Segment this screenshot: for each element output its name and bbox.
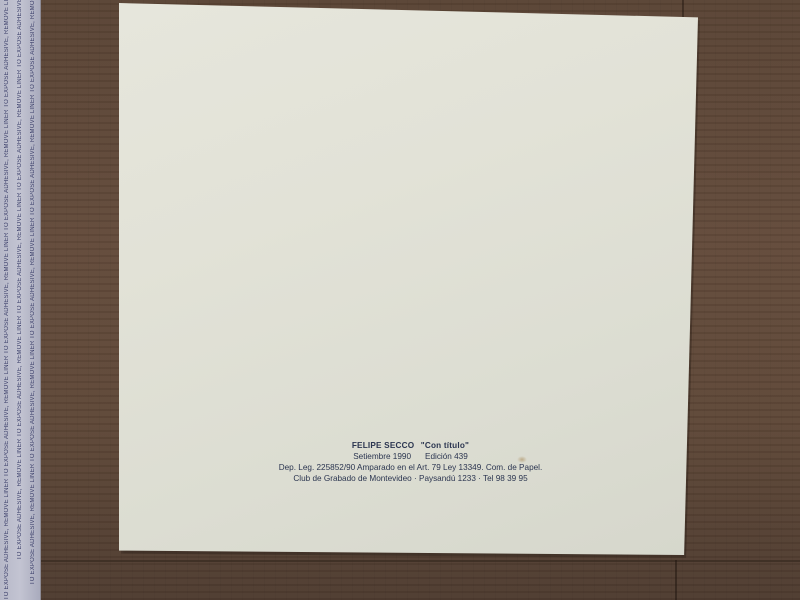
liner-text: TO EXPOSE ADHESIVE, REMOVE LINER TO EXPO… — [15, 0, 25, 560]
colophon-date-line: Setiembre 1990Edición 439 — [268, 451, 553, 462]
edition-number: Edición 439 — [425, 452, 468, 461]
cardboard-seam — [0, 560, 800, 562]
adhesive-liner-strip: TO EXPOSE ADHESIVE, REMOVE LINER TO EXPO… — [0, 0, 41, 600]
cardboard-crease — [675, 560, 677, 600]
liner-text: TO EXPOSE ADHESIVE, REMOVE LINER TO EXPO… — [28, 0, 38, 585]
cardboard-crease-top — [682, 0, 684, 18]
colophon: FELIPE SECCO "Con título" Setiembre 1990… — [268, 440, 553, 484]
legal-deposit: Dep. Leg. 225852/90 Amparado en el Art. … — [268, 462, 553, 473]
publisher-info: Club de Grabado de Montevideo · Paysandú… — [268, 473, 553, 484]
work-title: "Con título" — [421, 441, 469, 450]
print-date: Setiembre 1990 — [353, 452, 411, 461]
artist-name: FELIPE SECCO — [352, 441, 414, 450]
liner-text: TO EXPOSE ADHESIVE, REMOVE LINER TO EXPO… — [2, 0, 12, 600]
colophon-title-line: FELIPE SECCO "Con título" — [268, 440, 553, 451]
